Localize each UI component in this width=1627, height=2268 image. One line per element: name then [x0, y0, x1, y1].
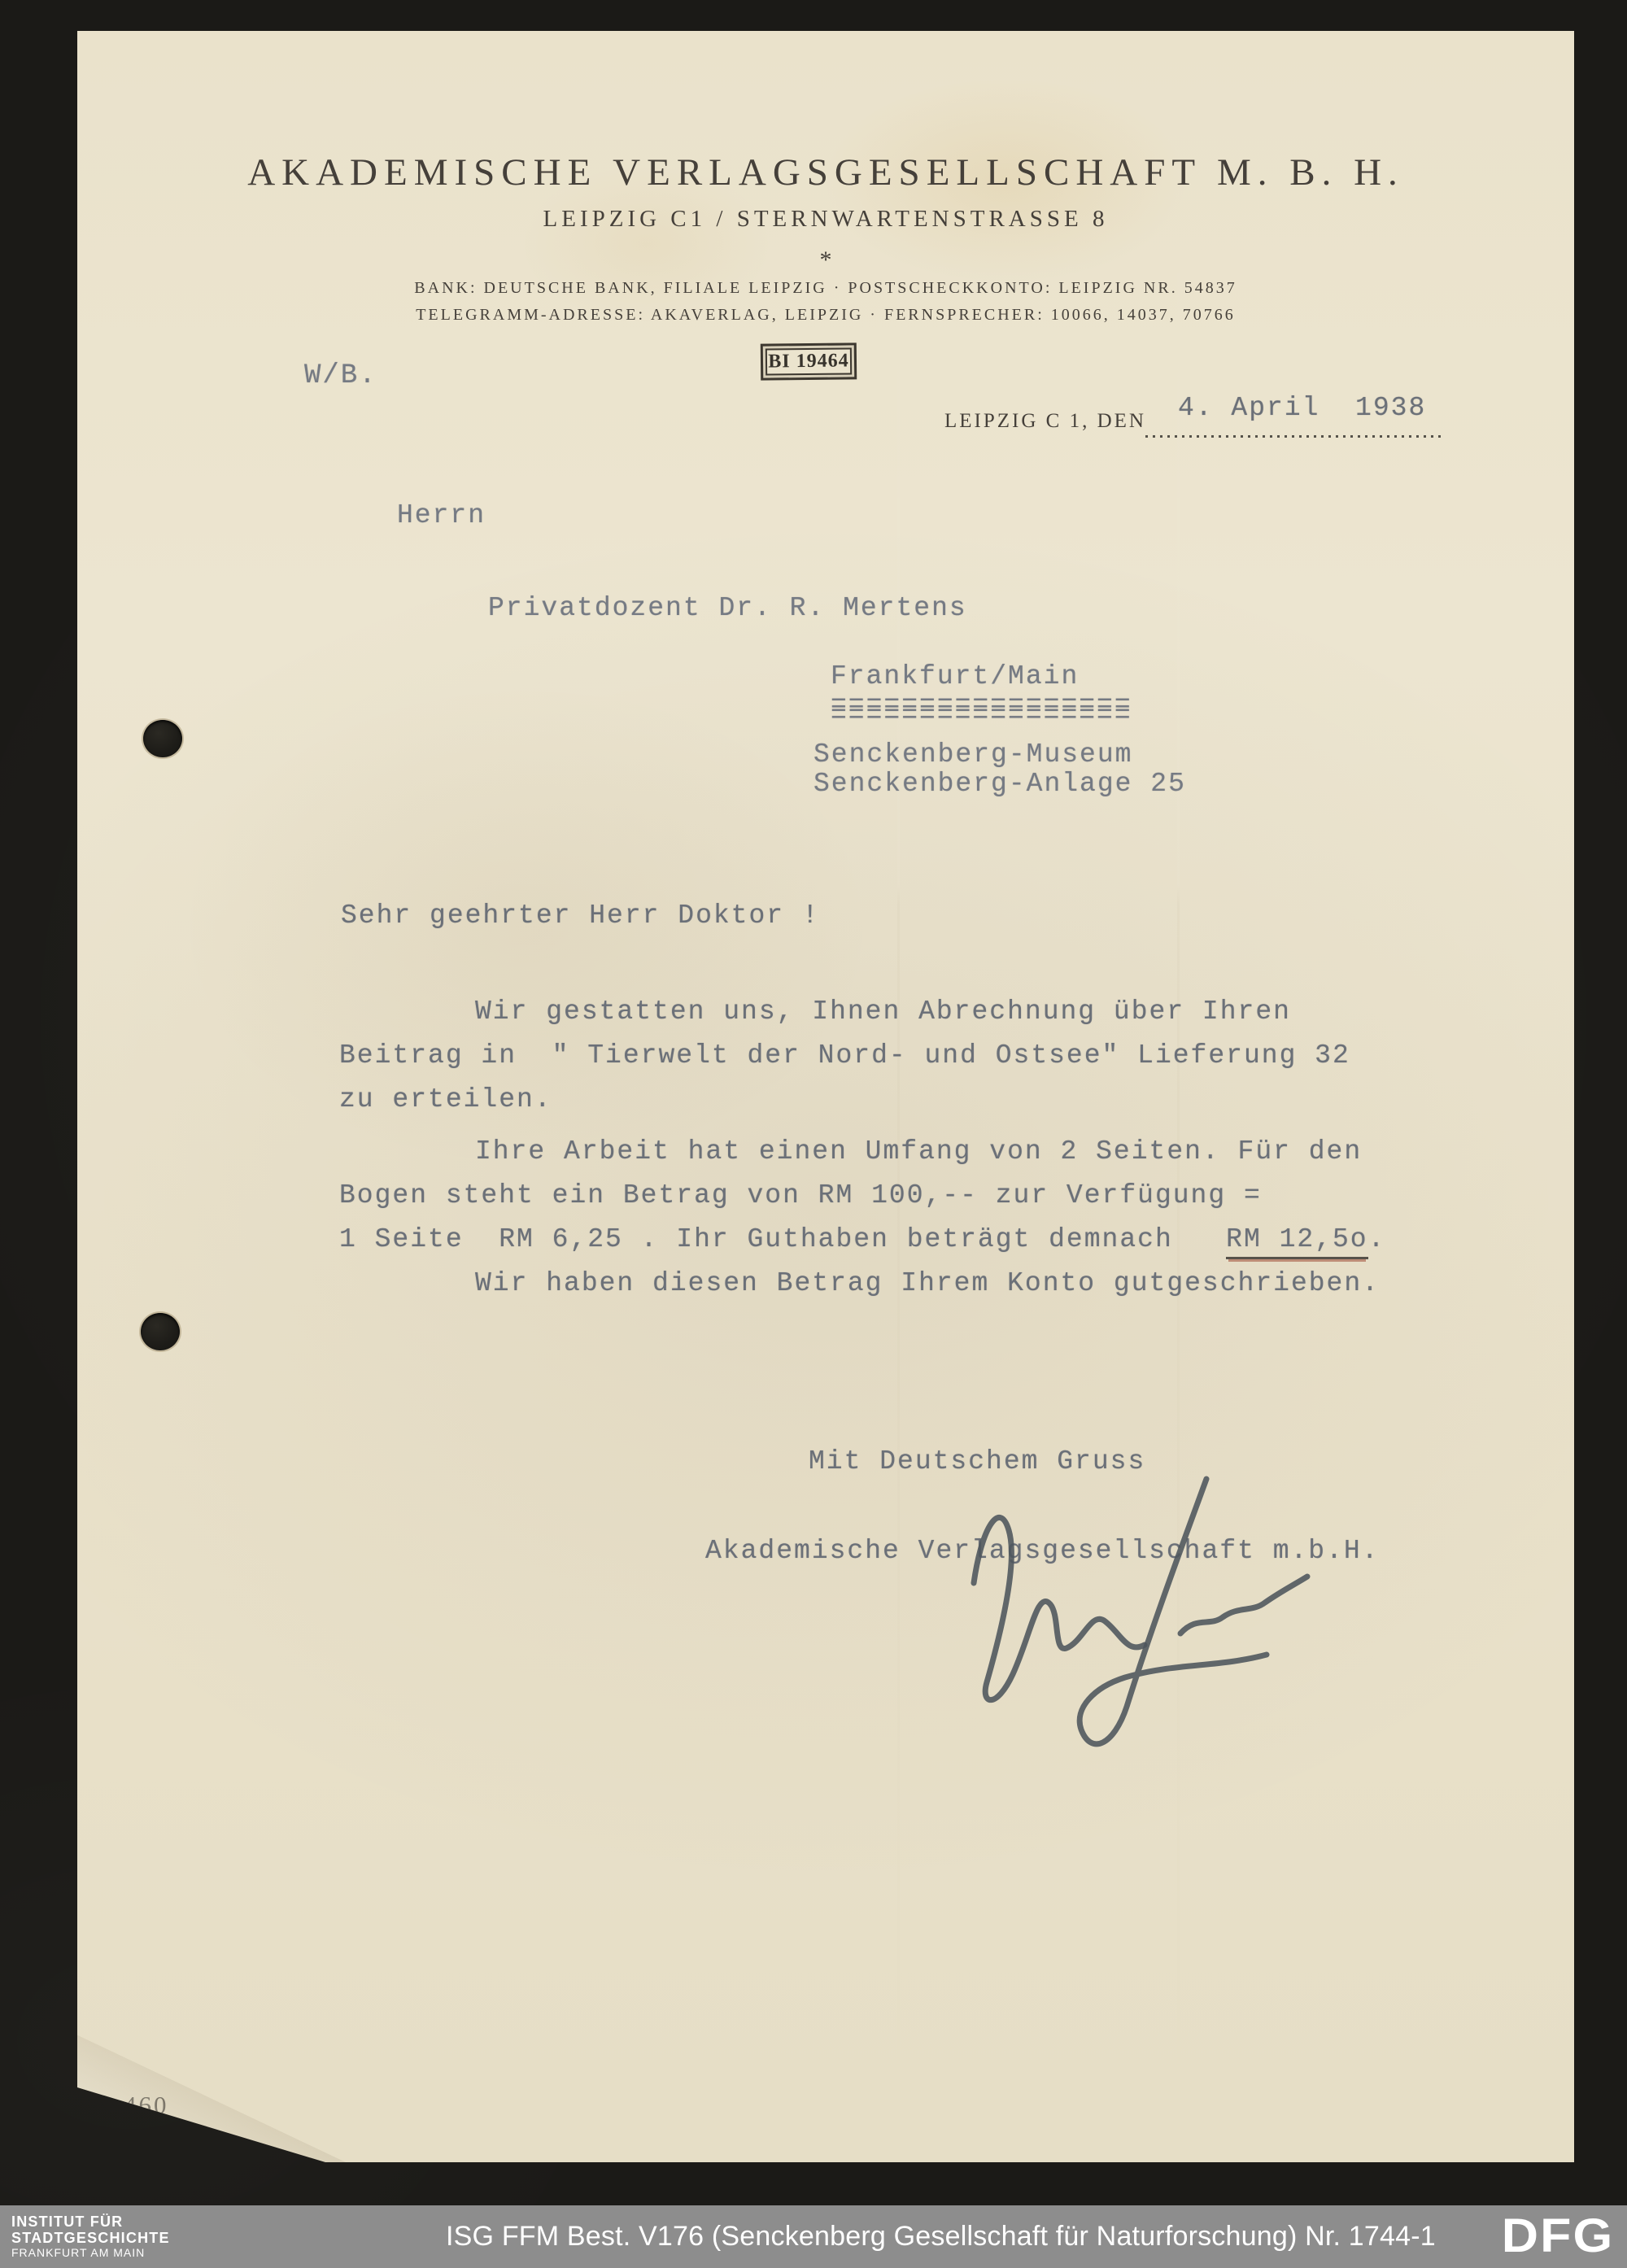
corner-fold: [77, 2024, 346, 2162]
credit-amount-underlined: RM 12,5o: [1226, 1224, 1367, 1259]
registry-stamp-number: BI 19464: [768, 350, 849, 373]
body-line-3: zu erteilen.: [339, 1084, 552, 1115]
body-line-1: Wir gestatten uns, Ihnen Abrechnung über…: [475, 997, 1291, 1027]
credit-suffix: .: [1368, 1224, 1386, 1254]
letter-salutation: Sehr geehrter Herr Doktor !: [341, 901, 820, 931]
isg-logo-line3: FRANKFURT AM MAIN: [11, 2246, 170, 2260]
body-line-2: Beitrag in " Tierwelt der Nord- und Osts…: [339, 1040, 1350, 1071]
city-underline-row2: =================: [831, 710, 1132, 721]
isg-logo: INSTITUT FÜR STADTGESCHICHTE FRANKFURT A…: [11, 2213, 170, 2260]
paper-crease: [1177, 31, 1180, 2162]
letterhead-telegram-line: TELEGRAMM-ADRESSE: AKAVERLAG, LEIPZIG · …: [77, 306, 1574, 325]
paper-crease: [897, 31, 900, 2162]
recipient-street: Senckenberg-Anlage 25: [813, 769, 1186, 800]
dfg-logo: DFG: [1501, 2209, 1614, 2263]
body-line-6: Wir haben diesen Betrag Ihrem Konto gutg…: [475, 1268, 1380, 1299]
recipient-salutation-line: Herrn: [397, 500, 486, 531]
recipient-name: Privatdozent Dr. R. Mertens: [488, 593, 967, 624]
credit-prefix: 1 Seite RM 6,25 . Ihr Guthaben beträgt d…: [339, 1224, 1226, 1254]
letterhead-address: LEIPZIG C1 / STERNWARTENSTRASSE 8: [77, 206, 1574, 233]
isg-logo-line2: STADTGESCHICHTE: [11, 2230, 170, 2246]
punch-hole: [141, 1313, 180, 1350]
letterhead-company-name: AKADEMISCHE VERLAGSGESELLSCHAFT M. B. H.: [77, 150, 1574, 194]
archive-reference-text: ISG FFM Best. V176 (Senckenberg Gesellsc…: [446, 2221, 1436, 2253]
archive-footer-bar: INSTITUT FÜR STADTGESCHICHTE FRANKFURT A…: [0, 2205, 1627, 2268]
date-dotted-line: [1145, 435, 1442, 438]
letterhead-bank-line: BANK: DEUTSCHE BANK, FILIALE LEIPZIG · P…: [77, 279, 1574, 298]
signature-ink: [931, 1461, 1354, 1770]
archive-scan-viewer: { "letterhead": { "company": "AKADEMISCH…: [0, 0, 1627, 2268]
typed-date: 4. April 1938: [1178, 393, 1426, 424]
punch-hole: [143, 720, 182, 757]
body-line-4: Ihre Arbeit hat einen Umfang von 2 Seite…: [475, 1136, 1362, 1167]
recipient-city: Frankfurt/Main: [831, 661, 1079, 692]
reference-initials: W/B.: [304, 360, 377, 392]
body-line-5: Bogen steht ein Betrag von RM 100,-- zur…: [339, 1180, 1262, 1211]
body-line-credit: 1 Seite RM 6,25 . Ihr Guthaben beträgt d…: [339, 1224, 1385, 1255]
place-date-label: LEIPZIG C 1, DEN: [944, 410, 1146, 433]
recipient-institution: Senckenberg-Museum: [813, 739, 1132, 770]
isg-logo-line1: INSTITUT FÜR: [11, 2213, 170, 2230]
registry-stamp: BI 19464: [761, 342, 857, 380]
letterhead-separator-star: *: [77, 246, 1574, 274]
letter-page: AKADEMISCHE VERLAGSGESELLSCHAFT M. B. H.…: [77, 31, 1574, 2162]
